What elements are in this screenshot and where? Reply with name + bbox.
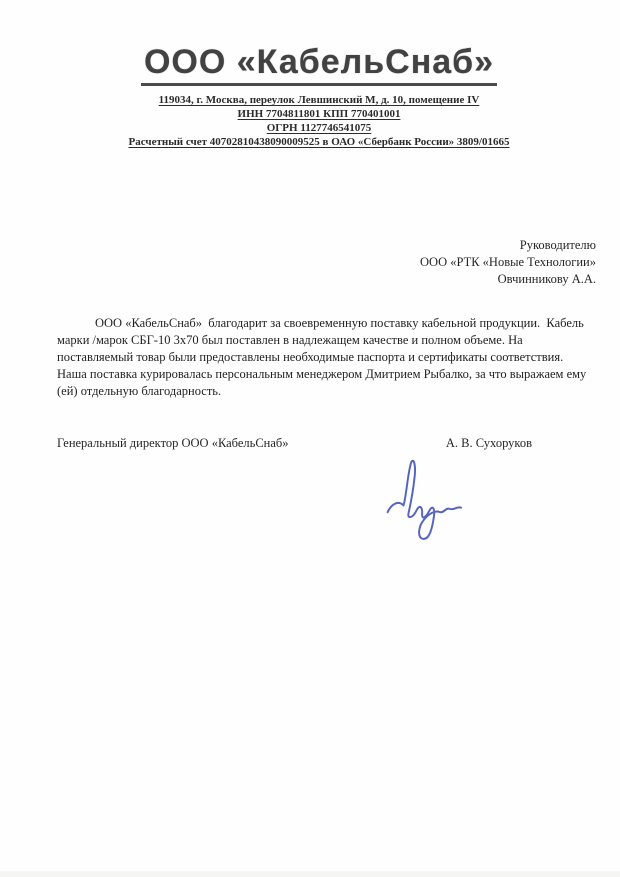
address-line: 119034, г. Москва, переулок Левшинский М… (9, 93, 620, 107)
letterhead: ООО «КабельСнаб» 119034, г. Москва, пере… (9, 44, 620, 149)
body-line: Наша поставка курировалась персональным … (57, 366, 577, 383)
recipient-company: ООО «РТК «Новые Технологии» (420, 254, 596, 271)
body-line: поставляемый товар были предоставлены не… (57, 349, 577, 366)
ogrn-line: ОГРН 1127746541075 (9, 121, 620, 135)
recipient-block: Руководителю ООО «РТК «Новые Технологии»… (420, 237, 596, 288)
scan-artifact-edge (0, 871, 620, 877)
company-title: ООО «КабельСнаб» (141, 44, 497, 86)
body-line: марки /марок СБГ-10 3х70 был поставлен в… (57, 332, 577, 349)
inn-kpp-line: ИНН 7704811801 КПП 770401001 (9, 107, 620, 121)
letter-page: ООО «КабельСнаб» 119034, г. Москва, пере… (0, 0, 620, 877)
bank-account-line: Расчетный счет 40702810438090009525 в ОА… (9, 135, 620, 149)
ogrn-text: ОГРН 1127746541075 (267, 122, 371, 134)
letter-body: ООО «КабельСнаб» благодарит за своевреме… (57, 315, 577, 400)
address-line-text: 119034, г. Москва, переулок Левшинский М… (159, 94, 480, 106)
inn-kpp-text: ИНН 7704811801 КПП 770401001 (238, 108, 401, 120)
recipient-role: Руководителю (420, 237, 596, 254)
director-title: Генеральный директор ООО «КабельСнаб» (57, 436, 289, 451)
letterhead-address-block: 119034, г. Москва, переулок Левшинский М… (9, 93, 620, 149)
recipient-person: Овчинникову А.А. (420, 271, 596, 288)
bank-account-text: Расчетный счет 40702810438090009525 в ОА… (129, 136, 510, 148)
handwritten-signature-icon (375, 447, 472, 548)
body-line: ООО «КабельСнаб» благодарит за своевреме… (57, 315, 577, 332)
body-line: (ей) отдельную благодарность. (57, 383, 577, 400)
